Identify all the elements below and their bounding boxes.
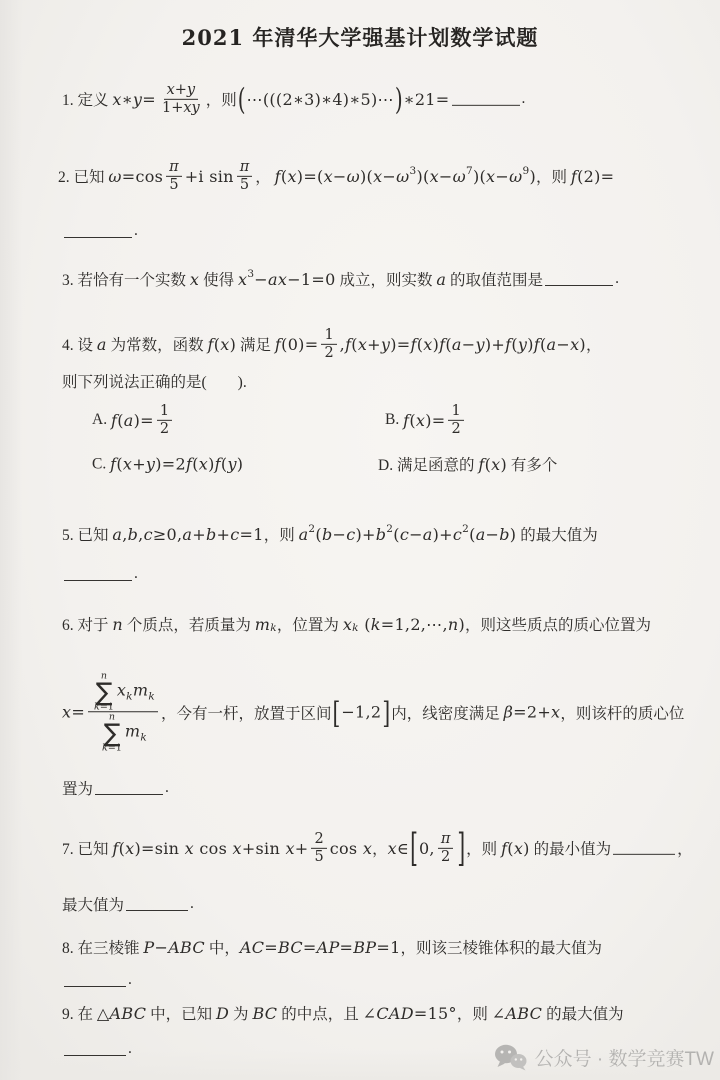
problem-6-formula: x=n∑k=1xkmkn∑k=1mk，今有一杆，放置于区间[−1,2]内，线密度… xyxy=(62,671,684,753)
problem-1-line: 1. 定义 x∗y=x+y1+xy，则(⋯(((2∗3)∗4)∗5)⋯)∗21=… xyxy=(62,82,525,116)
problem-4-line-2: 则下列说法正确的是( ). xyxy=(62,370,247,392)
problem-2-line-1: 2. 已知 ω=cosπ5+i sinπ5， f(x)=(x−ω)(x−ω3)(… xyxy=(58,159,614,193)
problem-7-line-2: 最大值为. xyxy=(62,893,194,915)
problem-9-line-1: 9. 在 △ABC 中，已知 D 为 BC 的中点，且 ∠CAD=15°，则 ∠… xyxy=(62,1002,624,1024)
problem-4-option-d: D. 满足函意的 f(x) 有多个 xyxy=(378,453,557,475)
problem-9-line-2: . xyxy=(62,1040,132,1058)
problem-5-line-2: . xyxy=(62,565,138,583)
problem-7-line-1: 7. 已知 f(x)=sin x cos x+sin x+25cos x，x∈[… xyxy=(62,831,693,865)
problem-8-line-2: . xyxy=(62,971,132,989)
page-title: 2021 年清华大学强基计划数学试题 xyxy=(0,22,720,52)
wechat-icon xyxy=(494,1043,527,1071)
problem-4-line-1: 4. 设 a 为常数，函数 f(x) 满足 f(0)=12,f(x+y)=f(x… xyxy=(62,327,601,361)
problem-6-line-1: 6. 对于 n 个质点，若质量为 mk，位置为 xk (k=1,2,⋯,n)，则… xyxy=(62,613,651,635)
problem-2-line-2: . xyxy=(62,222,138,240)
problem-5-line-1: 5. 已知 a,b,c≥0,a+b+c=1，则 a2(b−c)+b2(c−a)+… xyxy=(62,523,598,545)
watermark: 公众号 · 数学竞赛TW xyxy=(494,1043,714,1071)
problem-4-option-a: A. f(a)=12 xyxy=(92,403,175,437)
problem-4-option-b: B. f(x)=12 xyxy=(385,403,467,437)
problem-4-option-c: C. f(x+y)=2f(x)f(y) xyxy=(92,455,243,474)
problem-6-line-3: 置为. xyxy=(62,777,169,799)
problem-8-line-1: 8. 在三棱锥 P−ABC 中，AC=BC=AP=BP=1，则该三棱锥体积的最大… xyxy=(62,936,602,958)
document-page: 2021 年清华大学强基计划数学试题 1. 定义 x∗y=x+y1+xy，则(⋯… xyxy=(0,0,720,1080)
problem-3-line: 3. 若恰有一个实数 x 使得 x3−ax−1=0 成立，则实数 a 的取值范围… xyxy=(62,268,619,290)
watermark-text: 公众号 · 数学竞赛TW xyxy=(535,1044,714,1071)
